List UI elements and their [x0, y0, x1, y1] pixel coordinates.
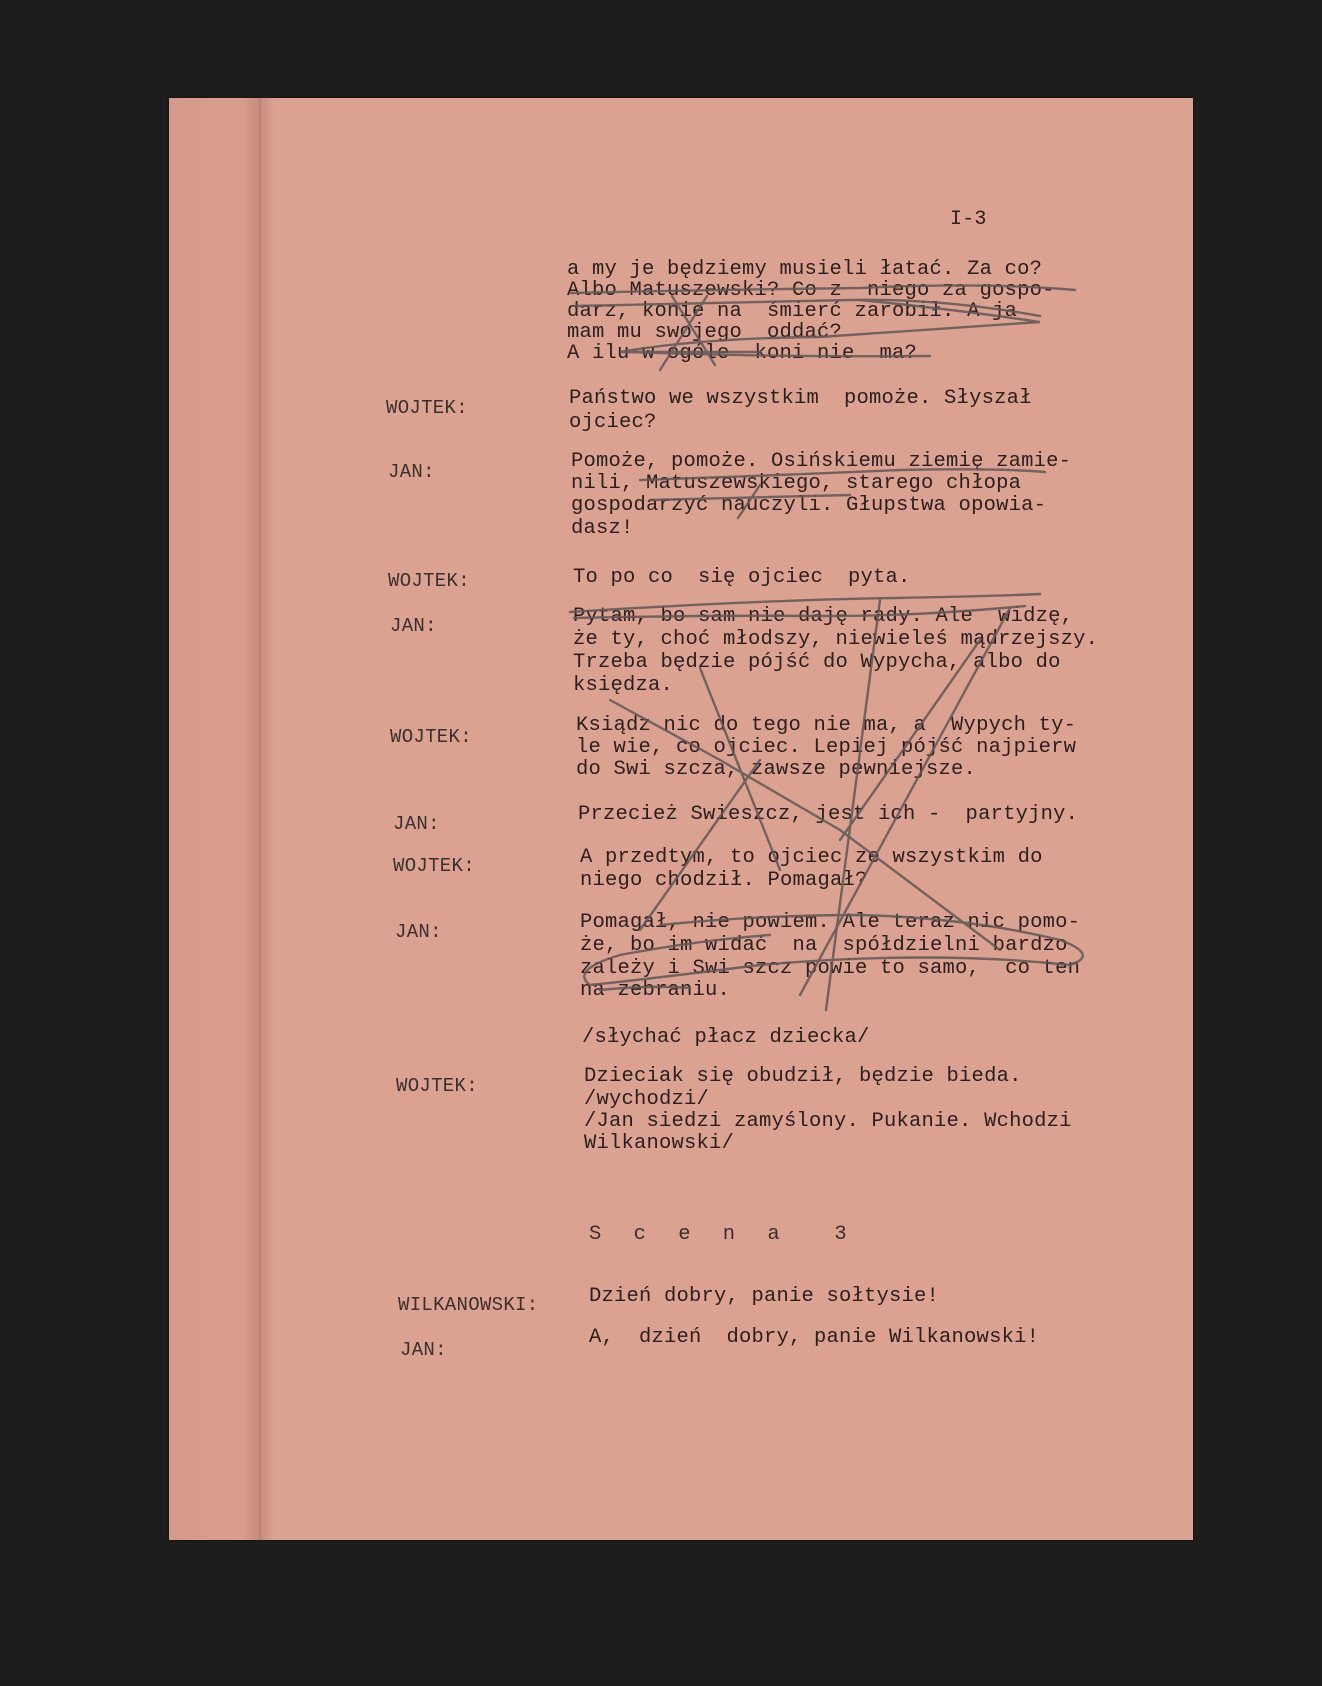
speaker-label: WOJTEK: — [390, 726, 472, 748]
dialogue-line: Pomoże, pomoże. Osińskiemu ziemię zamie- — [571, 450, 1071, 474]
dialogue-line: niego chodził. Pomagał? — [580, 869, 868, 893]
dialogue-line: że ty, choć młodszy, niewieleś mądrzejsz… — [573, 628, 1098, 652]
dialogue-line: le wie, co ojciec. Lepiej pójść najpierw — [576, 736, 1076, 760]
speaker-label: WOJTEK: — [386, 397, 468, 419]
dialogue-line: ojciec? — [569, 411, 657, 435]
page-number: I-3 — [950, 208, 987, 232]
scene-heading: S c e n a 3 — [589, 1223, 857, 1247]
opening-line: A ilu w ogóle koni nie ma? — [567, 342, 917, 366]
dialogue-line: że, bo im widać na spółdzielni bardzo — [580, 934, 1068, 958]
dialogue-line: zależy i Swi szcz powie to samo, co ten — [580, 957, 1080, 981]
speaker-label: JAN: — [400, 1339, 447, 1361]
dialogue-line: do Swi szcza, zawsze pewniejsze. — [576, 758, 976, 782]
speaker-label: JAN: — [395, 921, 442, 943]
speaker-label: JAN: — [388, 461, 435, 483]
dialogue-line: gospodarzyć nauczyli. Głupstwa opowia- — [571, 494, 1046, 518]
dialogue-line: Państwo we wszystkim pomoże. Słyszał — [569, 387, 1032, 411]
stage-direction: Wilkanowski/ — [584, 1132, 734, 1156]
dialogue-line: Trzeba będzie pójść do Wypycha, albo do — [573, 651, 1061, 675]
speaker-label: JAN: — [390, 615, 437, 637]
dialogue-line: A, dzień dobry, panie Wilkanowski! — [589, 1326, 1039, 1350]
dialogue-line: A przedtym, to ojciec ze wszystkim do — [580, 846, 1043, 870]
dialogue-line: Przecież Swieszcz, jest ich - partyjny. — [578, 803, 1078, 827]
dialogue-line: Dzień dobry, panie sołtysie! — [589, 1285, 939, 1309]
dialogue-line: nili, Matuszewskiego, starego chłopa — [571, 472, 1021, 496]
dialogue-line: dasz! — [571, 517, 634, 541]
dialogue-line: Pytam, bo sam nie daję rady. Ale widzę, — [573, 605, 1073, 629]
dialogue-line: Pomagał, nie powiem. Ale teraz nic pomo- — [580, 911, 1080, 935]
dialogue-line: Ksiądz nic do tego nie ma, a Wypych ty- — [576, 714, 1076, 738]
dialogue-line: księdza. — [573, 674, 673, 698]
dialogue-line: Dzieciak się obudził, będzie bieda. — [584, 1065, 1022, 1089]
scanned-document: I-3 a my je będziemy musieli łatać. Za c… — [0, 0, 1322, 1686]
speaker-label: JAN: — [393, 813, 440, 835]
speaker-label: WOJTEK: — [388, 570, 470, 592]
stage-direction: /Jan siedzi zamyślony. Pukanie. Wchodzi — [584, 1110, 1072, 1134]
speaker-label: WOJTEK: — [393, 855, 475, 877]
dialogue-line: To po co się ojciec pyta. — [573, 566, 911, 590]
stage-direction: /słychać płacz dziecka/ — [582, 1026, 870, 1050]
speaker-label: WILKANOWSKI: — [398, 1294, 538, 1316]
dialogue-line: na zebraniu. — [580, 979, 730, 1003]
speaker-label: WOJTEK: — [396, 1075, 478, 1097]
stage-direction: /wychodzi/ — [584, 1088, 709, 1112]
